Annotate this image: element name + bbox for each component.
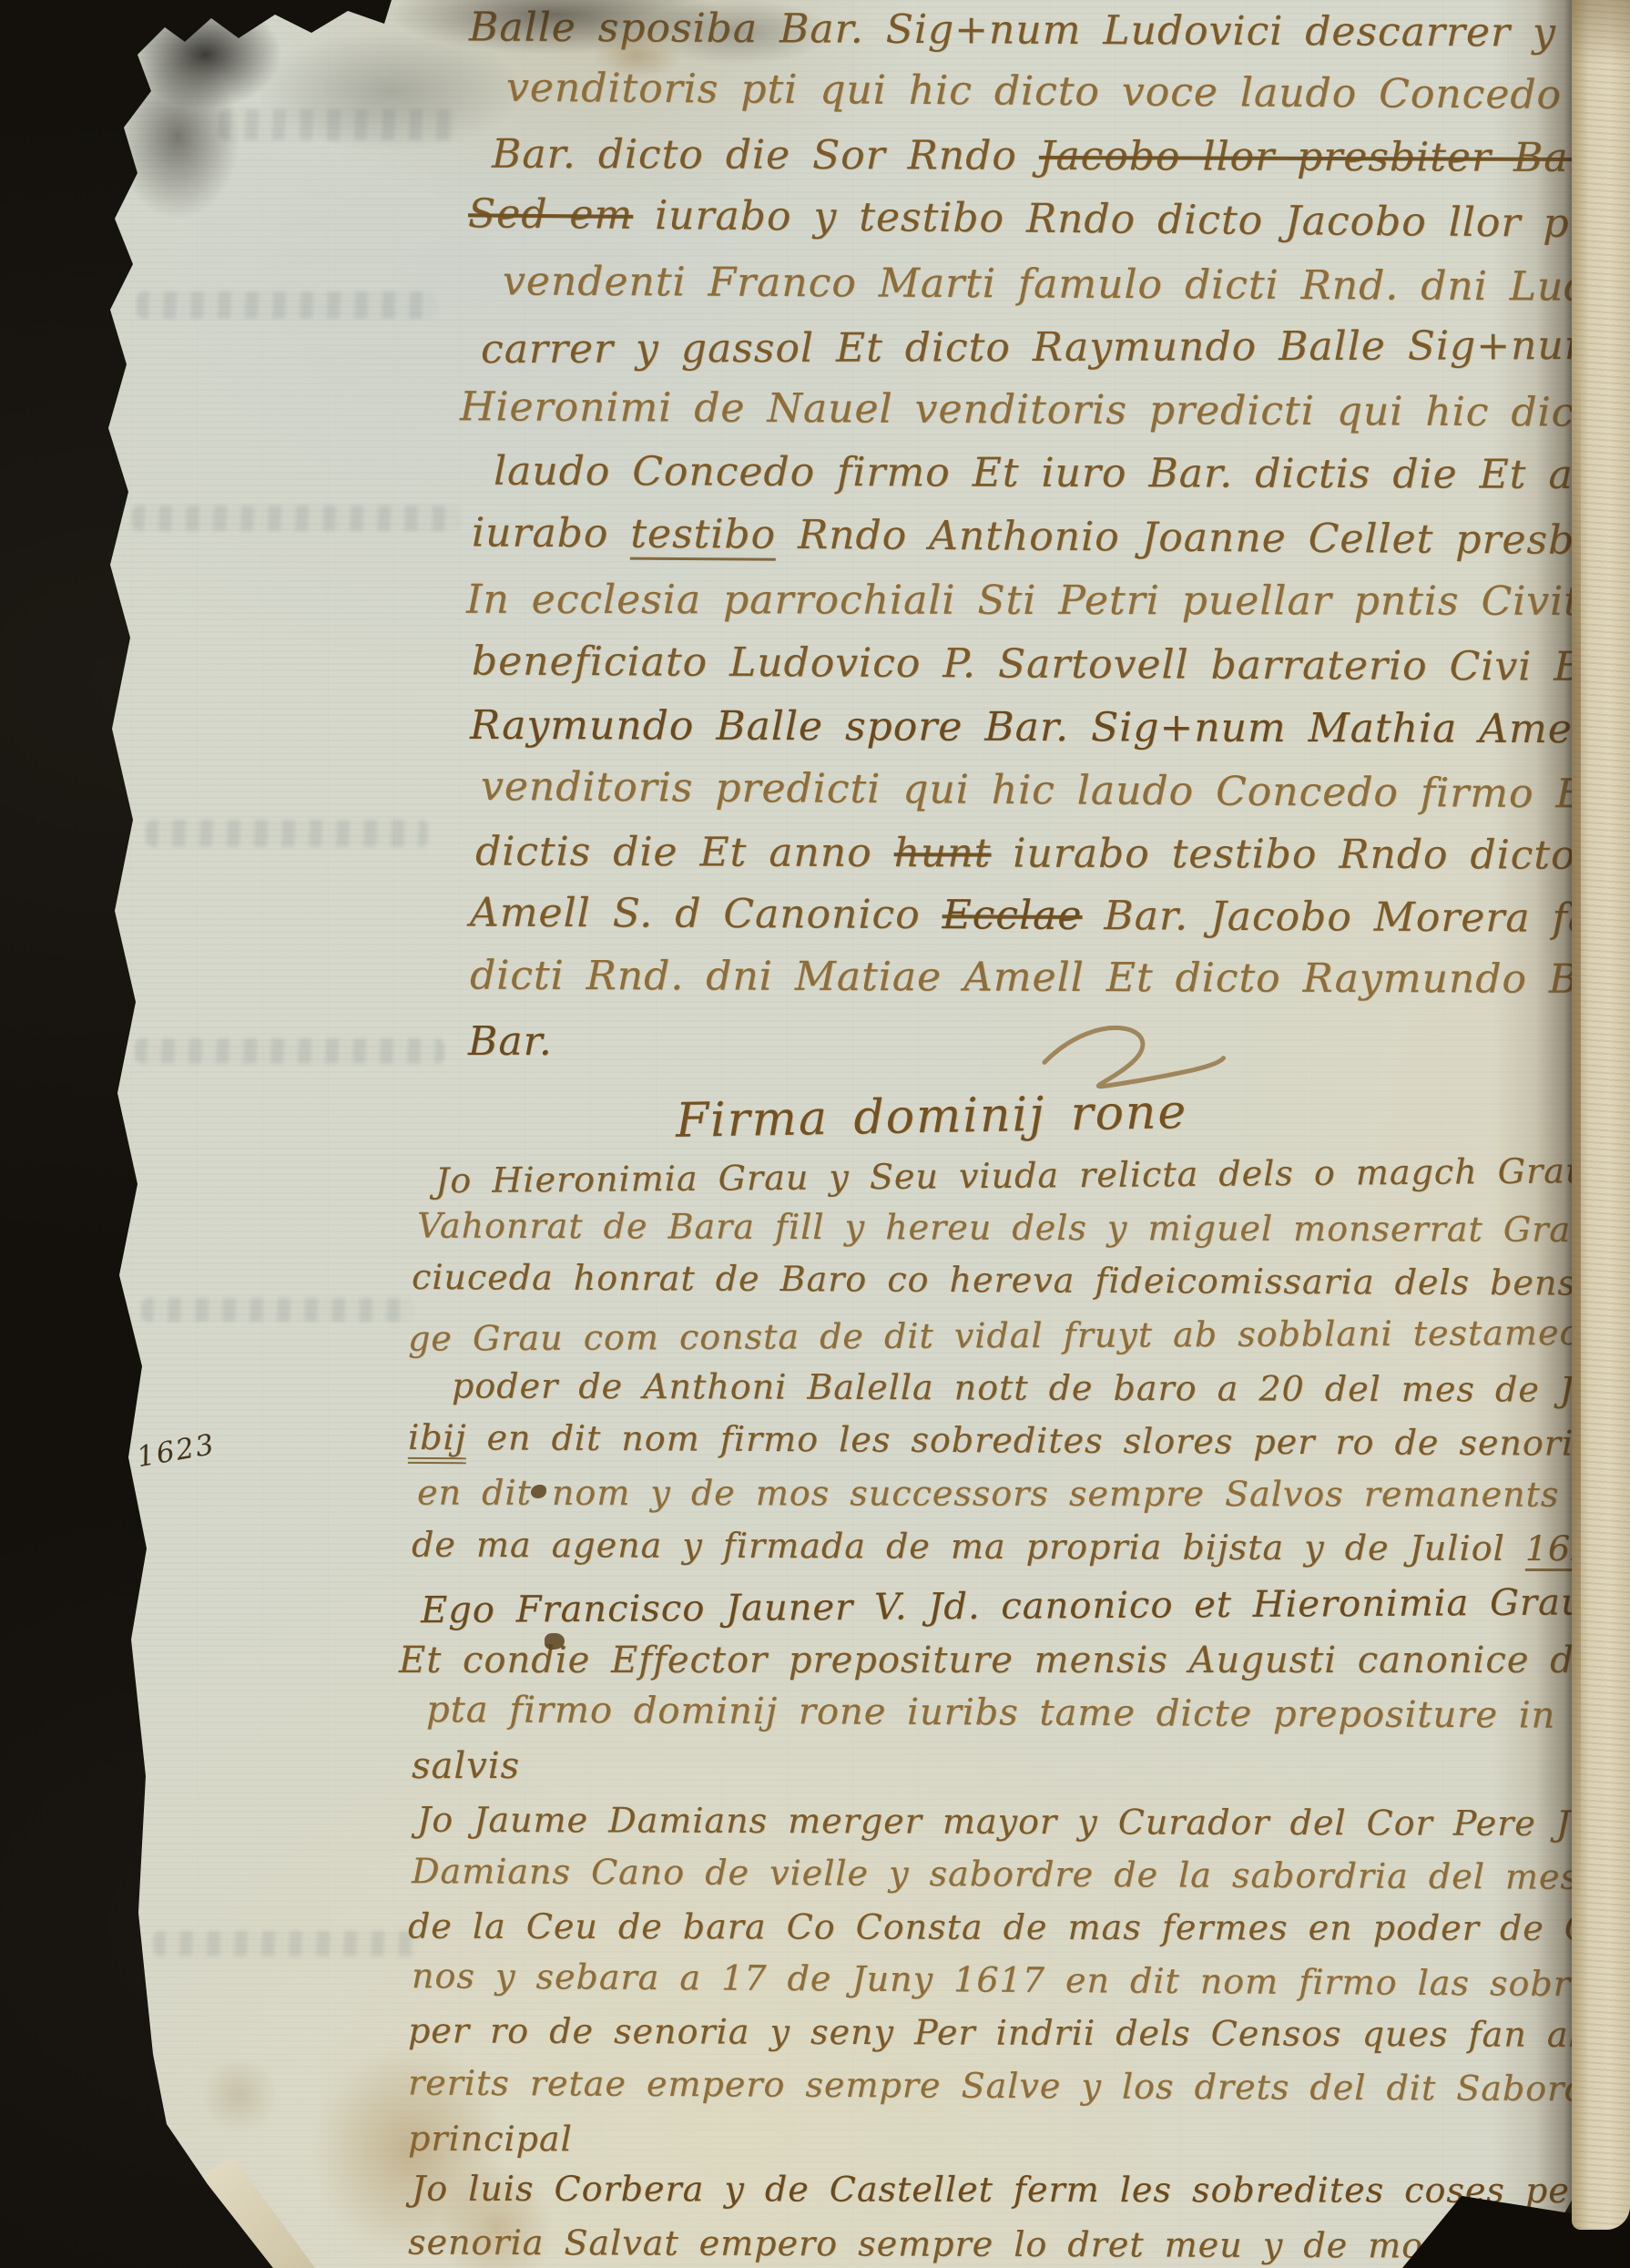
line-text: Raymundo Balle spore Bar. Sig+num Mathia… bbox=[470, 702, 1600, 752]
line-text: iurabo y testibo Rndo dicto Jacobo llor … bbox=[633, 192, 1630, 250]
line-text: principal bbox=[408, 2119, 573, 2160]
margin-year-note: 1623 bbox=[135, 1428, 219, 1475]
line-text: Vahonrat de Bara fill y hereu dels y mig… bbox=[417, 1205, 1630, 1250]
line-text: poder de Anthoni Balella nott de baro a … bbox=[452, 1365, 1630, 1410]
line-text: pta firmo dominij rone iuribs tame dicte… bbox=[426, 1689, 1630, 1738]
line-text: dicti Rnd. dni Matiae Amell Et dicto Ray… bbox=[470, 953, 1630, 1004]
line-text: per ro de senoria y seny Per indrii dels… bbox=[408, 2010, 1630, 2055]
manuscript-line: dicti Rnd. dni Matiae Amell Et dicto Ray… bbox=[470, 953, 1630, 1004]
line-text: venditoris predicti qui hic laudo Conced… bbox=[481, 763, 1630, 819]
show-through-marks bbox=[137, 291, 437, 319]
manuscript-line: Bar. bbox=[468, 1018, 553, 1065]
manuscript-line: Bar. dicto die Sor Rndo Jacobo llor pres… bbox=[492, 131, 1630, 181]
line-text: venditoris pti qui hic dicto voce laudo … bbox=[506, 65, 1630, 120]
manuscript-line: dictis die Et anno hunt iurabo testibo R… bbox=[475, 828, 1630, 879]
line-text: Bar. Jacobo Morera famulo bbox=[1082, 893, 1630, 943]
show-through-marks bbox=[135, 1038, 444, 1064]
manuscript-line: venditoris predicti qui hic laudo Conced… bbox=[481, 763, 1630, 819]
manuscript-line: Sed em iurabo y testibo Rndo dicto Jacob… bbox=[468, 190, 1630, 249]
photograph-of-manuscript: Balle sposiba Bar. Sig+num Ludovici desc… bbox=[0, 0, 1630, 2268]
line-text: Jo Jaume Damians merger mayor y Curador … bbox=[417, 1800, 1630, 1844]
line-text: In ecclesia parrochiali Sti Petri puella… bbox=[466, 577, 1630, 625]
struck-text: Jacobo llor presbiter Bar. rl bbox=[1039, 133, 1630, 181]
manuscript-line: nos y sebara a 17 de Juny 1617 en dit no… bbox=[412, 1956, 1630, 2005]
line-text: de la Ceu de bara Co Consta de mas ferme… bbox=[408, 1906, 1630, 1949]
manuscript-line: Balle sposiba Bar. Sig+num Ludovici desc… bbox=[469, 4, 1630, 56]
show-through-marks bbox=[153, 1931, 417, 1956]
line-text: iurabo testibo Rndo dicto Michaele bbox=[991, 830, 1630, 879]
line-text: vendenti Franco Marti famulo dicti Rnd. … bbox=[503, 258, 1630, 311]
line-text: Jo luis Corbera y de Castellet ferm les … bbox=[412, 2169, 1630, 2212]
folded-corner bbox=[178, 2157, 315, 2268]
line-text: Damians Cano de vielle y sabordre de la … bbox=[412, 1851, 1630, 1898]
manuscript-line: per ro de senoria y seny Per indrii dels… bbox=[408, 2010, 1630, 2055]
line-text: dictis die Et anno bbox=[475, 828, 894, 876]
line-text: Bar. dicto die Sor Rndo bbox=[492, 131, 1039, 179]
line-text: Amell S. d Canonico bbox=[470, 889, 942, 938]
manuscript-line: Amell S. d Canonico Ecclae Bar. Jacobo M… bbox=[470, 889, 1630, 942]
manuscript-line: ibij en dit nom firmo les sobredites slo… bbox=[408, 1417, 1630, 1465]
book-fore-edge bbox=[1572, 0, 1630, 2230]
manuscript-line: salvis bbox=[412, 1745, 520, 1787]
manuscript-line: de ma agena y firmada de ma propria bijs… bbox=[412, 1525, 1617, 1569]
manuscript-line: Et condie Effector prepositure mensis Au… bbox=[399, 1640, 1630, 1681]
manuscript-line: Jo Jaume Damians merger mayor y Curador … bbox=[417, 1800, 1630, 1844]
line-text: de ma agena y firmada de ma propria bijs… bbox=[412, 1525, 1525, 1568]
manuscript-line: beneficiato Ludovico P. Sartovell barrat… bbox=[472, 638, 1630, 690]
line-text: nos y sebara a 17 de Juny 1617 en dit no… bbox=[412, 1956, 1630, 2005]
manuscript-line: en dit nom y de mos successors sempre Sa… bbox=[417, 1473, 1630, 1516]
manuscript-line: Jo luis Corbera y de Castellet ferm les … bbox=[412, 2169, 1630, 2212]
manuscript-line: rerits retae empero sempre Salve y los d… bbox=[408, 2062, 1626, 2109]
manuscript-line: ciuceda honrat de Baro co hereva fideico… bbox=[412, 1257, 1630, 1304]
manuscript-page: Balle sposiba Bar. Sig+num Ludovici desc… bbox=[0, 0, 1630, 2268]
struck-text: Ecclae bbox=[942, 892, 1082, 939]
manuscript-line: iurabo testibo Rndo Anthonio Joanne Cell… bbox=[472, 509, 1630, 564]
manuscript-line: Vahonrat de Bara fill y hereu dels y mig… bbox=[417, 1205, 1630, 1250]
manuscript-line: poder de Anthoni Balella nott de baro a … bbox=[452, 1365, 1630, 1410]
manuscript-line: laudo Concedo firmo Et iuro Bar. dictis … bbox=[494, 448, 1630, 498]
line-text: en dit nom y de mos successors sempre Sa… bbox=[417, 1473, 1630, 1516]
line-text: iurabo bbox=[472, 509, 631, 557]
manuscript-line: carrer y gassol Et dicto Raymundo Balle … bbox=[481, 322, 1604, 373]
line-text: Balle sposiba Bar. Sig+num Ludovici desc… bbox=[469, 4, 1630, 56]
manuscript-line: Jo Hieronimia Grau y Seu viuda relicta d… bbox=[435, 1149, 1630, 1201]
line-text: salvis bbox=[412, 1745, 520, 1787]
manuscript-line: pta firmo dominij rone iuribs tame dicte… bbox=[426, 1689, 1630, 1738]
line-text: Hieronimi de Nauel venditoris predicti q… bbox=[460, 383, 1630, 437]
show-through-marks bbox=[132, 506, 460, 531]
manuscript-line: venditoris pti qui hic dicto voce laudo … bbox=[506, 65, 1630, 120]
line-text: Bar. bbox=[468, 1018, 553, 1065]
manuscript-line: In ecclesia parrochiali Sti Petri puella… bbox=[466, 577, 1630, 625]
manuscript-line: Ego Francisco Jauner V. Jd. canonico et … bbox=[421, 1580, 1630, 1631]
show-through-marks bbox=[219, 109, 455, 140]
line-text: laudo Concedo firmo Et iuro Bar. dictis … bbox=[494, 448, 1630, 498]
line-text: Rndo Anthonio Joanne Cellet presbitero bbox=[776, 512, 1630, 565]
line-text: ge Grau com consta de dit vidal fruyt ab… bbox=[408, 1312, 1630, 1358]
line-text: Ego Francisco Jauner V. Jd. canonico et … bbox=[421, 1580, 1630, 1631]
underlined-text: ibij bbox=[408, 1417, 467, 1464]
manuscript-line: vendenti Franco Marti famulo dicti Rnd. … bbox=[503, 258, 1630, 311]
line-text: carrer y gassol Et dicto Raymundo Balle … bbox=[481, 322, 1604, 373]
struck-text: Sed em bbox=[468, 190, 634, 239]
manuscript-line: Raymundo Balle spore Bar. Sig+num Mathia… bbox=[470, 702, 1600, 752]
manuscript-line: principal bbox=[408, 2119, 573, 2160]
line-text: Et condie Effector prepositure mensis Au… bbox=[399, 1640, 1630, 1681]
manuscript-line: Damians Cano de vielle y sabordre de la … bbox=[412, 1851, 1630, 1898]
show-through-marks bbox=[141, 1298, 414, 1322]
manuscript-line: ge Grau com consta de dit vidal fruyt ab… bbox=[408, 1312, 1630, 1358]
line-text: en dit nom firmo les sobredites slores p… bbox=[466, 1417, 1630, 1465]
manuscript-line: de la Ceu de bara Co Consta de mas ferme… bbox=[408, 1906, 1630, 1949]
underlined-text: testibo bbox=[630, 511, 776, 561]
line-text: Jo Hieronimia Grau y Seu viuda relicta d… bbox=[435, 1149, 1630, 1201]
line-text: beneficiato Ludovico P. Sartovell barrat… bbox=[472, 638, 1630, 690]
show-through-marks bbox=[146, 820, 428, 847]
line-text: rerits retae empero sempre Salve y los d… bbox=[408, 2062, 1626, 2109]
line-text: ciuceda honrat de Baro co hereva fideico… bbox=[412, 1257, 1630, 1304]
manuscript-line: Hieronimi de Nauel venditoris predicti q… bbox=[460, 383, 1630, 437]
struck-text: hunt bbox=[894, 830, 992, 876]
